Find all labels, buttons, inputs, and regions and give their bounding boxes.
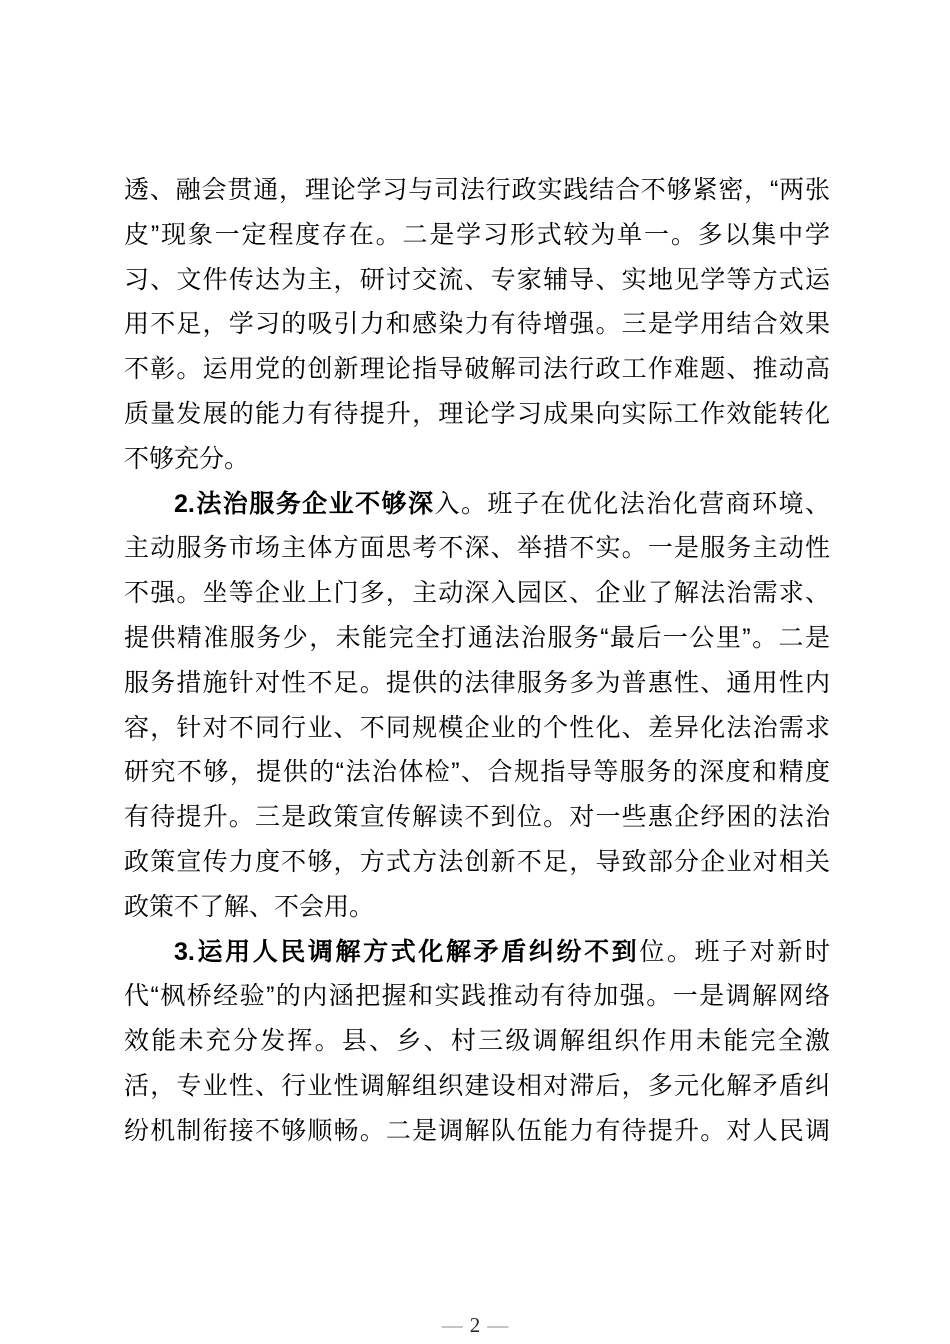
document-page: 透、融会贯通，理论学习与司法行政实践结合不够紧密，“两张 皮”现象一定程度存在。… <box>0 0 950 1344</box>
paragraph-2-lead-rest: 入。班子在优化法治化营商环境、 <box>435 490 831 518</box>
page-footer: —2— <box>0 1312 950 1338</box>
paragraph-3: 3.运用人民调解方式化解矛盾纠纷不到位。班子对新时 代“枫桥经验”的内涵把握和实… <box>124 930 830 1154</box>
text-line: 不彰。运用党的创新理论指导破解司法行政工作难题、推动高 <box>124 347 830 392</box>
text-line: 服务措施针对性不足。提供的法律服务多为普惠性、通用性内 <box>124 661 830 706</box>
text-line: 不强。坐等企业上门多，主动深入园区、企业了解法治需求、 <box>124 571 830 616</box>
text-line: 提供精准服务少，未能完全打通法治服务“最后一公里”。二是 <box>124 616 830 661</box>
paragraph-3-lead-rest: 位。班子对新时 <box>639 938 830 966</box>
text-line: 质量发展的能力有待提升，理论学习成果向实际工作效能转化 <box>124 392 830 437</box>
paragraph-2-lead-bold: 2.法治服务企业不够深 <box>174 490 435 518</box>
page-number: 2 <box>470 1313 481 1337</box>
text-line: 效能未充分发挥。县、乡、村三级调解组织作用未能完全激 <box>124 1019 830 1064</box>
text-line: 政策不了解、不会用。 <box>124 885 830 930</box>
text-line: 皮”现象一定程度存在。二是学习形式较为单一。多以集中学 <box>124 213 830 258</box>
text-line: 有待提升。三是政策宣传解读不到位。对一些惠企纾困的法治 <box>124 795 830 840</box>
text-line: 容，针对不同行业、不同规模企业的个性化、差异化法治需求 <box>124 706 830 751</box>
text-line: 不够充分。 <box>124 437 830 482</box>
text-line: 政策宣传力度不够，方式方法创新不足，导致部分企业对相关 <box>124 840 830 885</box>
document-body: 透、融会贯通，理论学习与司法行政实践结合不够紧密，“两张 皮”现象一定程度存在。… <box>124 168 830 1154</box>
text-line: 透、融会贯通，理论学习与司法行政实践结合不够紧密，“两张 <box>124 168 830 213</box>
paragraph-2: 2.法治服务企业不够深入。班子在优化法治化营商环境、 主动服务市场主体方面思考不… <box>124 482 830 930</box>
text-line: 用不足，学习的吸引力和感染力有待增强。三是学用结合效果 <box>124 302 830 347</box>
text-line: 代“枫桥经验”的内涵把握和实践推动有待加强。一是调解网络 <box>124 974 830 1019</box>
text-line: 研究不够，提供的“法治体检”、合规指导等服务的深度和精度 <box>124 750 830 795</box>
text-line: 习、文件传达为主，研讨交流、专家辅导、实地见学等方式运 <box>124 258 830 303</box>
paragraph-1: 透、融会贯通，理论学习与司法行政实践结合不够紧密，“两张 皮”现象一定程度存在。… <box>124 168 830 482</box>
footer-right-dash: — <box>487 1313 508 1337</box>
text-line: 主动服务市场主体方面思考不深、举措不实。一是服务主动性 <box>124 526 830 571</box>
text-line: 2.法治服务企业不够深入。班子在优化法治化营商环境、 <box>124 482 830 527</box>
footer-left-dash: — <box>442 1313 463 1337</box>
text-line: 活，专业性、行业性调解组织建设相对滞后，多元化解矛盾纠 <box>124 1064 830 1109</box>
paragraph-3-lead-bold: 3.运用人民调解方式化解矛盾纠纷不到 <box>174 938 639 966</box>
text-line: 3.运用人民调解方式化解矛盾纠纷不到位。班子对新时 <box>124 930 830 975</box>
text-line: 纷机制衔接不够顺畅。二是调解队伍能力有待提升。对人民调 <box>124 1109 830 1154</box>
